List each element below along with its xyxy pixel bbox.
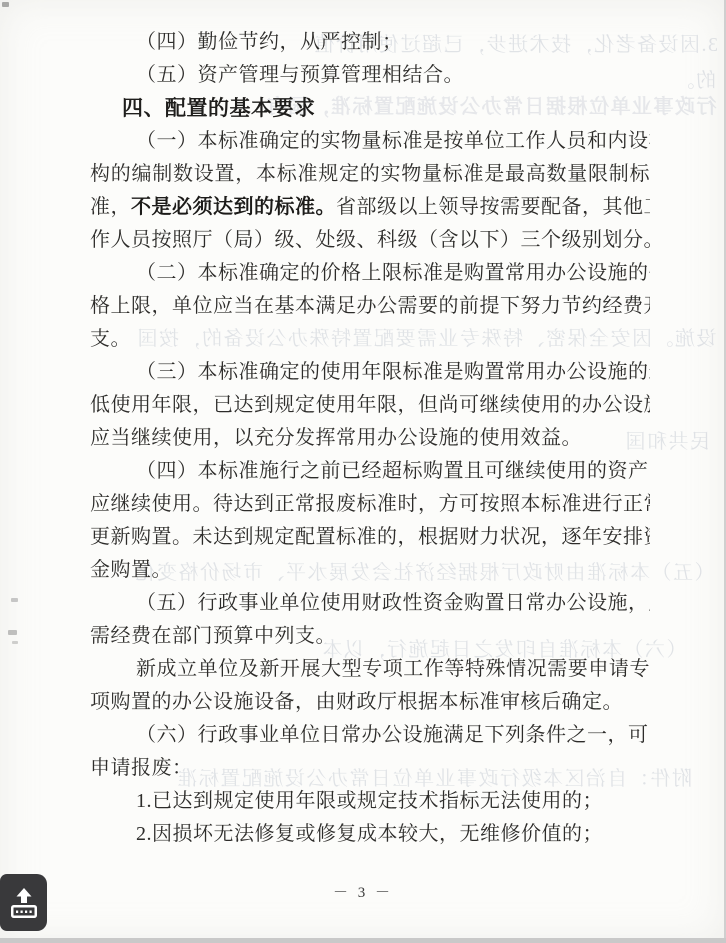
section-heading: 四、配置的基本要求 xyxy=(90,92,650,125)
scanned-document-page: 3.因设备老化，技术进步，已超过使用价值 的。 行政事业单位根据日常办公设施配置… xyxy=(0,0,726,943)
scan-noise-speck xyxy=(12,641,18,644)
text-line: 更新购置。未达到规定配置标准的，根据财力状况，逐年安排资 xyxy=(90,521,650,554)
page-number: － 3 － xyxy=(0,881,726,902)
scan-noise-speck xyxy=(11,598,18,602)
text-line: 项购置的办公设施设备，由财政厅根据本标准审核后确定。 xyxy=(90,686,650,719)
text-line: 格上限，单位应当在基本满足办公需要的前提下努力节约经费开 xyxy=(90,290,650,323)
text-line: （二）本标准确定的价格上限标准是购置常用办公设施的价 xyxy=(90,257,650,290)
text-line: 应继续使用。待达到正常报废标准时，方可按照本标准进行正常 xyxy=(90,488,650,521)
text-line: 金购置。 xyxy=(90,554,650,587)
document-body: （四）勤俭节约，从严控制； （五）资产管理与预算管理相结合。 四、配置的基本要求… xyxy=(90,26,650,851)
emphasized-text: 不是必须达到的标准。 xyxy=(131,196,336,218)
text-line: 作人员按照厅（局）级、处级、科级（含以下）三个级别划分。 xyxy=(90,224,650,257)
text-segment: 准， xyxy=(90,196,131,218)
text-line: （三）本标准确定的使用年限标准是购置常用办公设施的最 xyxy=(90,356,650,389)
text-line: 2.因损坏无法修复或修复成本较大，无维修价值的； xyxy=(90,818,650,851)
scan-edge-bottom xyxy=(0,938,726,943)
text-line: 支。 xyxy=(90,323,650,356)
text-line: （五）行政事业单位使用财政性资金购置日常办公设施，所 xyxy=(90,587,650,620)
text-line: 1.已达到规定使用年限或规定技术指标无法使用的； xyxy=(90,785,650,818)
text-segment: 省部级以上领导按需要配备，其他工 xyxy=(336,196,650,218)
text-line: （四）勤俭节约，从严控制； xyxy=(90,26,650,59)
text-line: （六）行政事业单位日常办公设施满足下列条件之一，可以 xyxy=(90,719,650,752)
text-line: 构的编制数设置，本标准规定的实物量标准是最高数量限制标 xyxy=(90,158,650,191)
text-line: 应当继续使用，以充分发挥常用办公设施的使用效益。 xyxy=(90,422,650,455)
bleedthrough-text: 的。 xyxy=(673,64,716,93)
text-line: 需经费在部门预算中列支。 xyxy=(90,620,650,653)
keyboard-raise-icon xyxy=(11,888,37,918)
text-line: 准，不是必须达到的标准。省部级以上领导按需要配备，其他工 xyxy=(90,191,650,224)
text-line: 申请报废： xyxy=(90,752,650,785)
text-line: 低使用年限，已达到规定使用年限，但尚可继续使用的办公设施， xyxy=(90,389,650,422)
text-line: 新成立单位及新开展大型专项工作等特殊情况需要申请专 xyxy=(90,653,650,686)
keyboard-raise-button[interactable] xyxy=(0,874,47,931)
text-line: （一）本标准确定的实物量标准是按单位工作人员和内设机 xyxy=(90,125,650,158)
text-line: （四）本标准施行之前已经超标购置且可继续使用的资产， xyxy=(90,455,650,488)
scan-noise-speck xyxy=(2,2,9,7)
scan-noise-speck xyxy=(8,630,17,635)
text-line: （五）资产管理与预算管理相结合。 xyxy=(90,59,650,92)
